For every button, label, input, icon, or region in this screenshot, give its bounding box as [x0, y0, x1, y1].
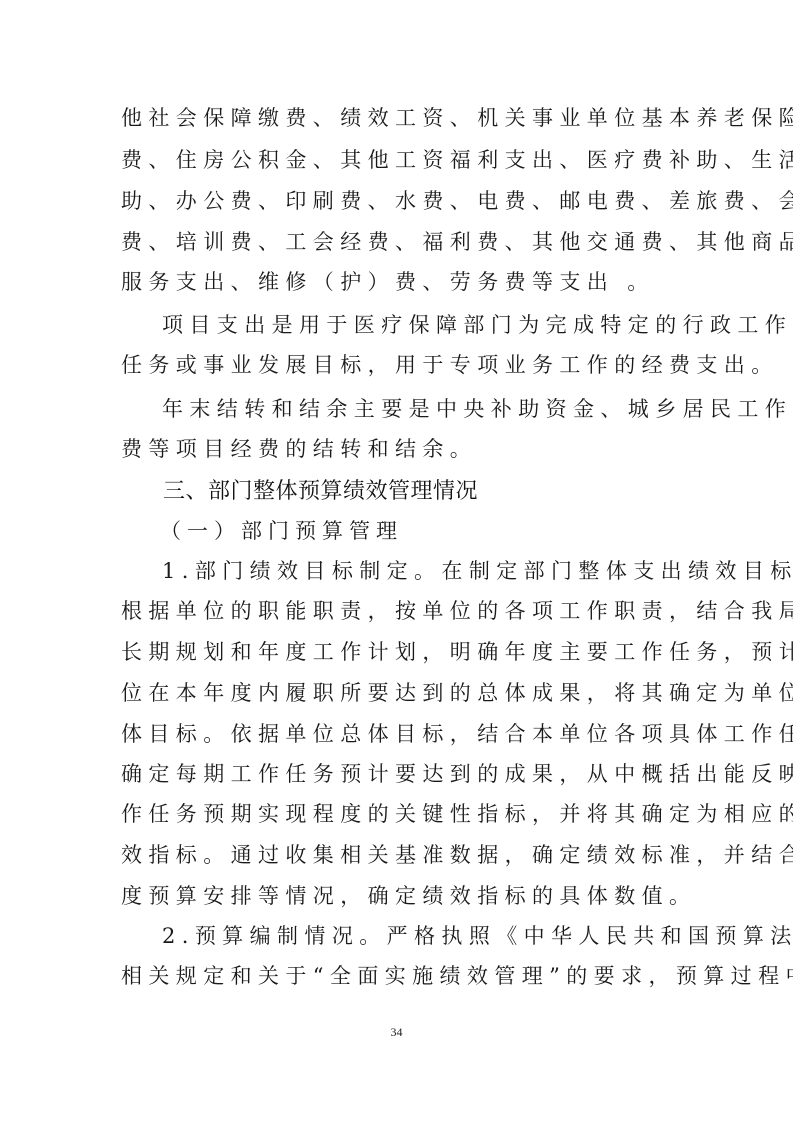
body-text-line: 根据单位的职能职责，按单位的各项工作职责，结合我局中 — [121, 597, 681, 625]
subsection-heading: （一）部门预算管理 — [160, 517, 720, 545]
body-text-line: 度预算安排等情况，确定绩效指标的具体数值。 — [121, 882, 681, 910]
body-text-line: 确定每期工作任务预计要达到的成果，从中概括出能反映工 — [121, 760, 681, 788]
body-text-line: 效指标。通过收集相关基准数据，确定绩效标准，并结合年 — [121, 841, 681, 869]
body-text-line: 相关规定和关于“全面实施绩效管理”的要求，预算过程中， — [121, 962, 681, 990]
body-text-line: 位在本年度内履职所要达到的总体成果，将其确定为单位总 — [121, 679, 681, 707]
body-text-line: 助、办公费、印刷费、水费、电费、邮电费、差旅费、会议 — [121, 187, 681, 215]
paragraph-first-line: 2.预算编制情况。严格执照《中华人民共和国预算法》 — [162, 922, 722, 950]
body-text-line: 费、住房公积金、其他工资福利支出、医疗费补助、生活补 — [121, 146, 681, 174]
paragraph-first-line: 年末结转和结余主要是中央补助资金、城乡居民工作经 — [162, 395, 722, 423]
document-page: 他社会保障缴费、绩效工资、机关事业单位基本养老保险缴 费、住房公积金、其他工资福… — [0, 0, 793, 1122]
body-text-line: 费等项目经费的结转和结余。 — [121, 435, 681, 463]
paragraph-first-line: 1.部门绩效目标制定。在制定部门整体支出绩效目标时 — [162, 557, 722, 585]
body-text-line: 任务或事业发展目标，用于专项业务工作的经费支出。 — [121, 351, 681, 379]
page-number: 34 — [0, 1025, 793, 1040]
body-text-line: 体目标。依据单位总体目标，结合本单位各项具体工作任务， — [121, 720, 681, 748]
body-text-line: 长期规划和年度工作计划，明确年度主要工作任务，预计单 — [121, 638, 681, 666]
body-text-line: 费、培训费、工会经费、福利费、其他交通费、其他商品和 — [121, 228, 681, 256]
body-text-line: 他社会保障缴费、绩效工资、机关事业单位基本养老保险缴 — [121, 104, 681, 132]
body-text-line: 作任务预期实现程度的关键性指标，并将其确定为相应的绩 — [121, 800, 681, 828]
body-text-line: 服务支出、维修（护）费、劳务费等支出 。 — [121, 268, 681, 296]
section-heading: 三、部门整体预算绩效管理情况 — [163, 478, 478, 506]
paragraph-first-line: 项目支出是用于医疗保障部门为完成特定的行政工作 — [162, 311, 722, 339]
